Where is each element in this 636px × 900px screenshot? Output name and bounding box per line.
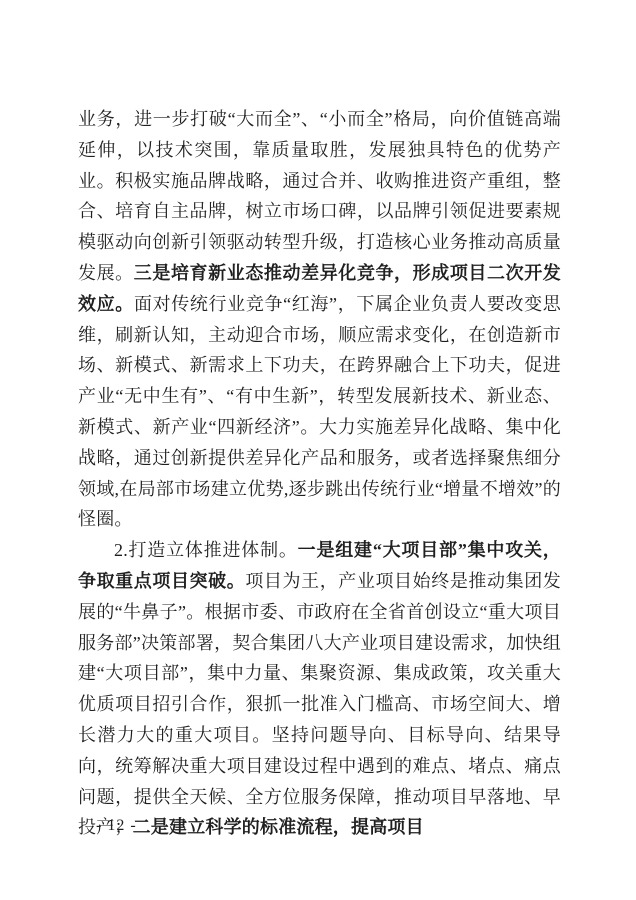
text-content: 业务，进一步打破“大而全”、“小而全”格局，向价值链高端延伸，以技术突围，靠质量… [78, 104, 561, 843]
text-run: 2.打造立体推进体制。 [114, 540, 298, 560]
page-number: - 12 - [96, 817, 137, 835]
paragraph: 业务，进一步打破“大而全”、“小而全”格局，向价值链高端延伸，以技术突围，靠质量… [78, 104, 561, 535]
text-run: 项目为王，产业项目始终是推动集团发展的“牛鼻子”。根据市委、市政府在全省首创设立… [78, 571, 561, 837]
text-run: 业务，进一步打破“大而全”、“小而全”格局，向价值链高端延伸，以技术突围，靠质量… [78, 109, 561, 283]
text-run: 面对传统行业竞争“红海”，下属企业负责人要改变思维，刷新认知，主动迎合市场，顺应… [78, 294, 561, 530]
bold-text-run: 二是建立科学的标准流程，提高项目 [133, 817, 424, 837]
document-page: 业务，进一步打破“大而全”、“小而全”格局，向价值链高端延伸，以技术突围，靠质量… [0, 0, 636, 900]
paragraph: 2.打造立体推进体制。一是组建“大项目部”集中攻关，争取重点项目突破。项目为王，… [78, 535, 561, 843]
